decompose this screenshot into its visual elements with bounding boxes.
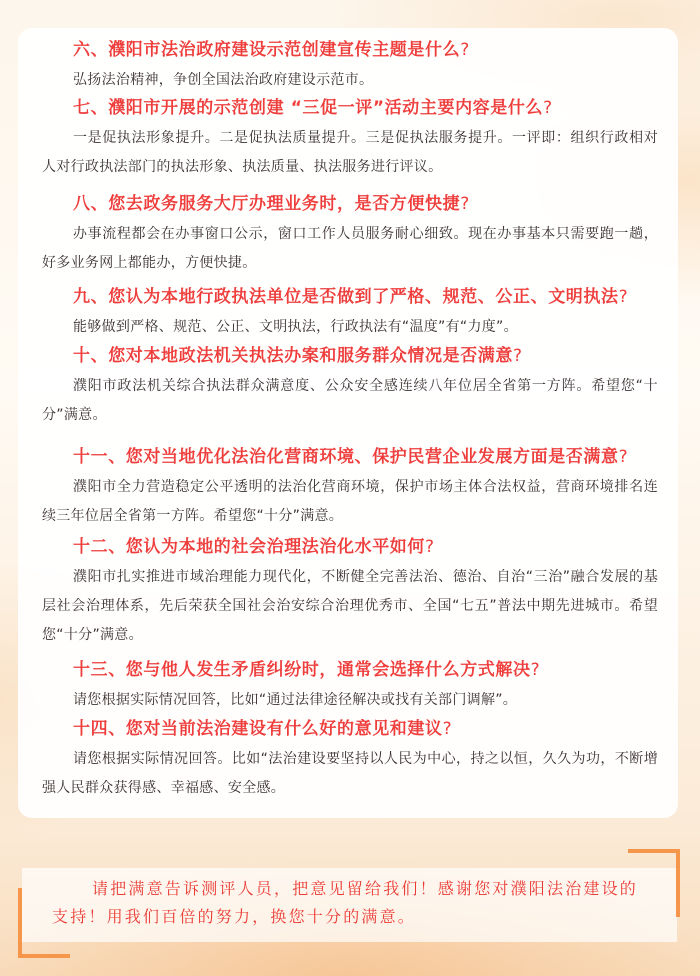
question-heading: 十三、您与他人发生矛盾纠纷时，通常会选择什么方式解决? (42, 658, 658, 682)
question-heading: 十四、您对当前法治建设有什么好的意见和建议? (42, 717, 658, 741)
question-heading: 十一、您对当地优化法治化营商环境、保护民营企业发展方面是否满意? (42, 445, 658, 469)
answer-text: 请您根据实际情况回答，比如“通过法律途径解决或找有关部门调解”。 (42, 686, 658, 715)
answer-text: 弘扬法治精神，争创全国法治政府建设示范市。 (42, 66, 658, 95)
answer-text: 能够做到严格、规范、公正、文明执法，行政执法有“温度”有“力度”。 (42, 313, 658, 342)
qa-item-12: 十二、您认为本地的社会治理法治化水平如何? 濮阳市扎实推进市域治理能力现代化，不… (42, 535, 658, 650)
qa-item-10: 十、您对本地政法机关执法办案和服务群众情况是否满意? 濮阳市政法机关综合执法群众… (42, 344, 658, 430)
qa-item-9: 九、您认为本地行政执法单位是否做到了严格、规范、公正、文明执法? 能够做到严格、… (42, 285, 658, 342)
question-heading: 十、您对本地政法机关执法办案和服务群众情况是否满意? (42, 344, 658, 368)
question-heading: 八、您去政务服务大厅办理业务时，是否方便快捷? (42, 192, 658, 216)
footer-slogan: 请把满意告诉测评人员，把意见留给我们！感谢您对濮阳法治建设的支持！用我们百倍的努… (52, 875, 652, 931)
qa-item-6: 六、濮阳市法治政府建设示范创建宣传主题是什么? 弘扬法治精神，争创全国法治政府建… (42, 38, 658, 95)
qa-item-8: 八、您去政务服务大厅办理业务时，是否方便快捷? 办事流程都会在办事窗口公示，窗口… (42, 192, 658, 278)
question-heading: 七、濮阳市开展的示范创建 “三促一评”活动主要内容是什么? (42, 96, 658, 120)
answer-text: 濮阳市全力营造稳定公平透明的法治化营商环境，保护市场主体合法权益，营商环境排名连… (42, 473, 658, 531)
answer-text: 一是促执法形象提升。二是促执法质量提升。三是促执法服务提升。一评即：组织行政相对… (42, 124, 658, 182)
qa-item-11: 十一、您对当地优化法治化营商环境、保护民营企业发展方面是否满意? 濮阳市全力营造… (42, 445, 658, 531)
answer-text: 办事流程都会在办事窗口公示，窗口工作人员服务耐心细致。现在办事基本只需要跑一趟，… (42, 220, 658, 278)
question-heading: 九、您认为本地行政执法单位是否做到了严格、规范、公正、文明执法? (42, 285, 658, 309)
answer-text: 濮阳市扎实推进市域治理能力现代化，不断健全完善法治、德治、自治“三治”融合发展的… (42, 563, 658, 650)
qa-item-14: 十四、您对当前法治建设有什么好的意见和建议? 请您根据实际情况回答。比如“法治建… (42, 717, 658, 803)
qa-item-13: 十三、您与他人发生矛盾纠纷时，通常会选择什么方式解决? 请您根据实际情况回答，比… (42, 658, 658, 715)
question-heading: 十二、您认为本地的社会治理法治化水平如何? (42, 535, 658, 559)
question-heading: 六、濮阳市法治政府建设示范创建宣传主题是什么? (42, 38, 658, 62)
answer-text: 濮阳市政法机关综合执法群众满意度、公众安全感连续八年位居全省第一方阵。希望您“十… (42, 372, 658, 430)
answer-text: 请您根据实际情况回答。比如“法治建设要坚持以人民为中心，持之以恒，久久为功，不断… (42, 745, 658, 803)
qa-item-7: 七、濮阳市开展的示范创建 “三促一评”活动主要内容是什么? 一是促执法形象提升。… (42, 96, 658, 182)
